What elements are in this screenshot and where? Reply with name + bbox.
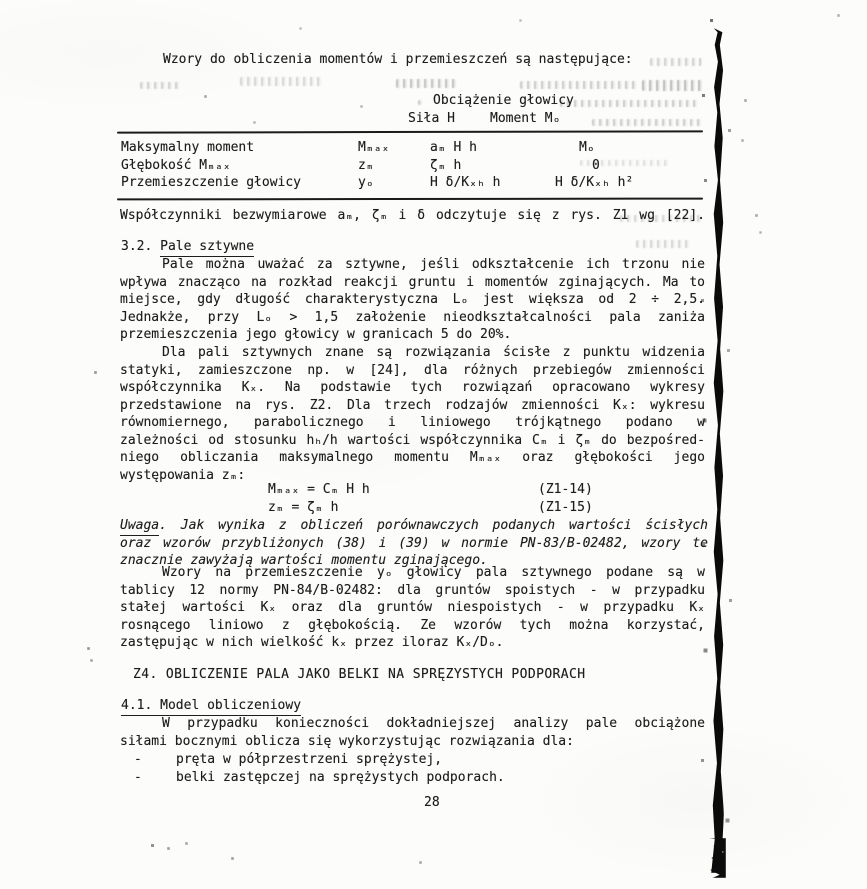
row-force-formula: aₘ H h: [430, 139, 555, 157]
intro-sentence: Wzory do obliczenia momentów i przemiesz…: [120, 51, 705, 69]
text-line: współczynnika Kₓ. Na podstawie tych rozw…: [120, 379, 705, 397]
table-row: Głębokość Mₘₐₓ zₘ ζₘ h 0: [121, 157, 703, 175]
text-line: zależności od stosunku hₕ/h wartości wsp…: [120, 432, 705, 450]
table-group-header: Obciążenie głowicy: [433, 92, 574, 110]
text-line: Dla pali sztywnych znane są rozwiązania …: [120, 344, 705, 362]
equation-number: (Z1-15): [538, 499, 593, 517]
text-line: stałej wartości Kₓ oraz dla gruntów nies…: [120, 599, 705, 617]
scan-smudge: [592, 119, 702, 126]
row-label: Przemieszczenie głowicy: [121, 174, 358, 192]
text-line: W przypadku konieczności dokładniejszej …: [120, 715, 705, 733]
paragraph-displacement-formulas: Wzory na przemieszczenie yₒ głowicy pala…: [120, 564, 705, 652]
section-number: 4.1.: [121, 698, 152, 713]
scan-binding-band-specks: [0, 0, 1, 1]
section-number-and-title: 4.1. Model obliczeniowy: [121, 698, 301, 716]
paragraph-rigid-piles-1: Pale można uważać za sztywne, jeśli odks…: [120, 256, 705, 344]
section-3-2-heading: 3.2. Pale sztywne: [121, 238, 254, 256]
row-moment-formula: H δ/Kₓₕ h²: [555, 174, 703, 192]
row-symbol: yₒ: [358, 174, 430, 192]
text-line: tablicy 12 normy PN-84/B-02482: dla grun…: [120, 582, 705, 600]
scan-smudge: [642, 80, 704, 91]
equation-expression: zₘ = ζₘ h: [268, 499, 338, 517]
section-4-1-heading: 4.1. Model obliczeniowy: [121, 697, 301, 715]
equation-expression: Mₘₐₓ = Cₘ H h: [268, 481, 370, 499]
table-row: Maksymalny moment Mₘₐₓ aₘ H h Mₒ: [121, 139, 703, 157]
page-number: 28: [424, 794, 440, 812]
bullet-text: belki zastępczej na sprężystych podporac…: [176, 769, 505, 787]
remark-first-line: Uwaga. Jak wynika z obliczeń porównawczy…: [120, 517, 708, 535]
text-line: równomiernego, parabolicznego i linioweg…: [120, 414, 705, 432]
table-column-header-force: Siła H: [408, 110, 455, 128]
section-number: 3.2.: [121, 239, 152, 254]
scan-smudge: [240, 77, 322, 86]
text-line: Współczynniki bezwymiarowe aₘ, ζₘ i δ od…: [120, 207, 705, 225]
table-row: Przemieszczenie głowicy yₒ H δ/Kₓₕ h H δ…: [121, 174, 703, 192]
scan-binding-band: [708, 28, 724, 873]
text-line: Jednakże, przy Lₒ > 1,5 założenie nieodk…: [120, 309, 705, 327]
row-force-formula: ζₘ h: [430, 157, 555, 175]
row-symbol: Mₘₐₓ: [358, 139, 430, 157]
scan-smudge: [418, 100, 425, 105]
remark-first-line-rest: . Jak wynika z obliczeń porównawczych po…: [159, 518, 708, 533]
chapter-z4-heading: Z4. OBLICZENIE PALA JAKO BELKI NA SPRĘZY…: [133, 666, 585, 684]
text-line: statyki, zamieszczone np. w [24], dla ró…: [120, 362, 705, 380]
table-column-header-moment: Moment Mₒ: [490, 110, 560, 128]
text-line: oraz wzorów przybliżonych (38) i (39) w …: [120, 535, 708, 553]
text-line: przemieszczenia jego głowicy w granicach…: [120, 326, 705, 344]
paragraph-rigid-piles-2: Dla pali sztywnych znane są rozwiązania …: [120, 344, 705, 484]
scan-smudge: [650, 58, 702, 66]
table-top-rule: [117, 130, 703, 133]
scan-smudge: [520, 81, 638, 89]
text-line: zastępując w nich wielkość kₓ przez ilor…: [120, 634, 705, 652]
section-title: Model obliczeniowy: [160, 698, 301, 713]
row-moment-formula: Mₒ: [555, 139, 703, 157]
scan-smudge: [140, 82, 182, 89]
remark-block: Uwaga. Jak wynika z obliczeń porównawczy…: [120, 517, 708, 570]
bullet-text: pręta w półprzestrzeni sprężystej,: [176, 751, 442, 769]
row-moment-formula: 0: [555, 157, 703, 175]
equation-row: zₘ = ζₘ h (Z1-15): [0, 499, 867, 517]
equation-number: (Z1-14): [538, 481, 593, 499]
text-line: rosnącego liniowo z głębokością. Ze wzor…: [120, 617, 705, 635]
text-line: siłami bocznymi oblicza się wykorzystują…: [120, 733, 705, 751]
row-label: Głębokość Mₘₐₓ: [121, 157, 358, 175]
scan-smudge: [636, 240, 692, 248]
coefficients-note: Współczynniki bezwymiarowe aₘ, ζₘ i δ od…: [120, 207, 705, 225]
table-bottom-rule: [117, 198, 703, 201]
bullet-dash: -: [134, 751, 142, 769]
row-label: Maksymalny moment: [121, 139, 358, 157]
bullet-dash: -: [134, 769, 142, 787]
formula-table: Maksymalny moment Mₘₐₓ aₘ H h Mₒ Głęboko…: [121, 139, 703, 192]
scanned-document-page: Wzory do obliczenia momentów i przemiesz…: [0, 0, 867, 889]
scan-smudge: [396, 79, 456, 88]
text-line: wpływa znacząco na rozkład reakcji grunt…: [120, 274, 705, 292]
row-force-formula: H δ/Kₓₕ h: [430, 174, 555, 192]
text-line: Pale można uważać za sztywne, jeśli odks…: [120, 256, 705, 274]
equation-row: Mₘₐₓ = Cₘ H h (Z1-14): [0, 481, 867, 499]
remark-label: Uwaga: [120, 518, 159, 536]
text-line: miejsce, gdy długość charakterystyczna L…: [120, 291, 705, 309]
scan-smudge: [560, 100, 700, 107]
row-symbol: zₘ: [358, 157, 430, 175]
text-line: przedstawione na rys. Z2. Dla trzech rod…: [120, 397, 705, 415]
section-title: Pale sztywne: [160, 239, 254, 257]
text-line: niego obliczania maksymalnego momentu Mₘ…: [120, 449, 705, 467]
paragraph-model: W przypadku konieczności dokładniejszej …: [120, 715, 705, 750]
text-line: Wzory na przemieszczenie yₒ głowicy pala…: [120, 564, 705, 582]
